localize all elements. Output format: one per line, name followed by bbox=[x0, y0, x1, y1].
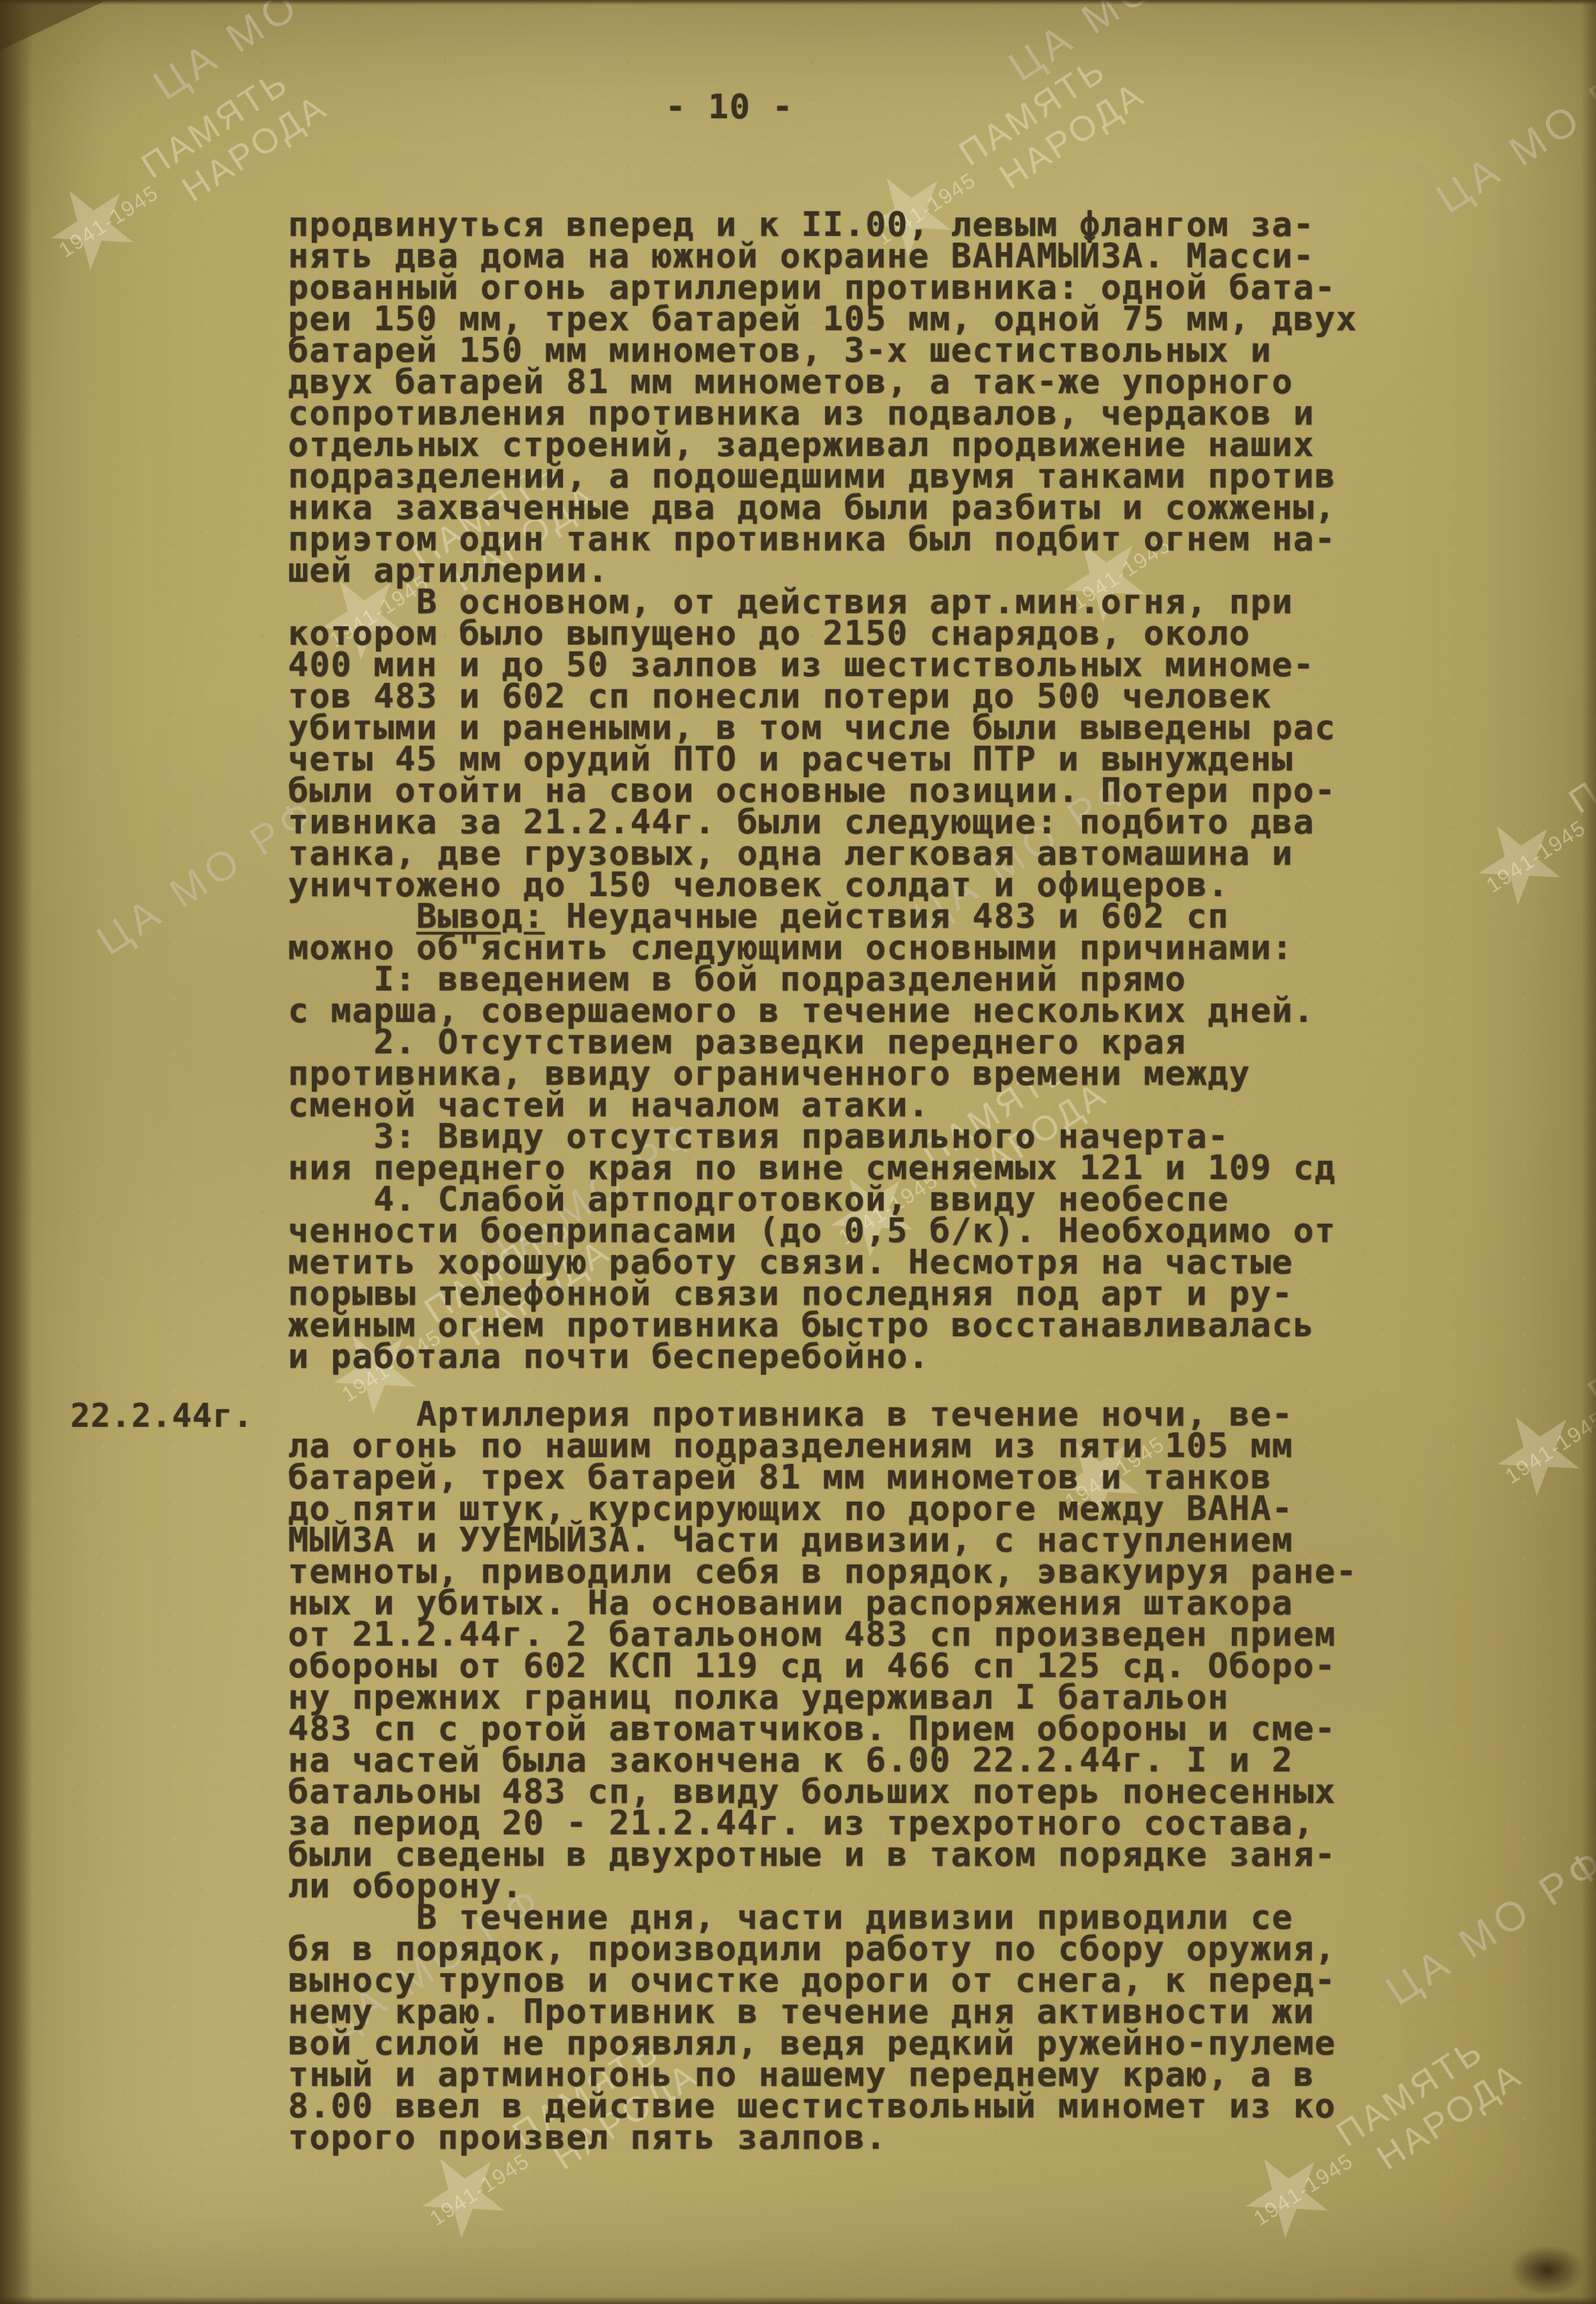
page-edge-top bbox=[0, 0, 1596, 5]
typewritten-text: продвинуться вперед и к II.00, левым фла… bbox=[288, 209, 1395, 2153]
page-edge-bottom bbox=[0, 2296, 1596, 2304]
page-number: - 10 - bbox=[665, 87, 794, 126]
text-line: торого произвел пять залпов. bbox=[288, 2122, 1395, 2153]
page-edge-left bbox=[0, 0, 33, 2304]
document-scan: ЦА МО РФ★1941-1945ПАМЯТЬНАРОДАЦА МО РФЦА… bbox=[0, 0, 1596, 2304]
text-line: и работала почти бесперебойно. bbox=[288, 1341, 1395, 1372]
page-edge-right bbox=[1581, 0, 1596, 2304]
page-corner-stain bbox=[1509, 2245, 1585, 2295]
margin-date-note: 22.2.44г. bbox=[70, 1397, 253, 1435]
